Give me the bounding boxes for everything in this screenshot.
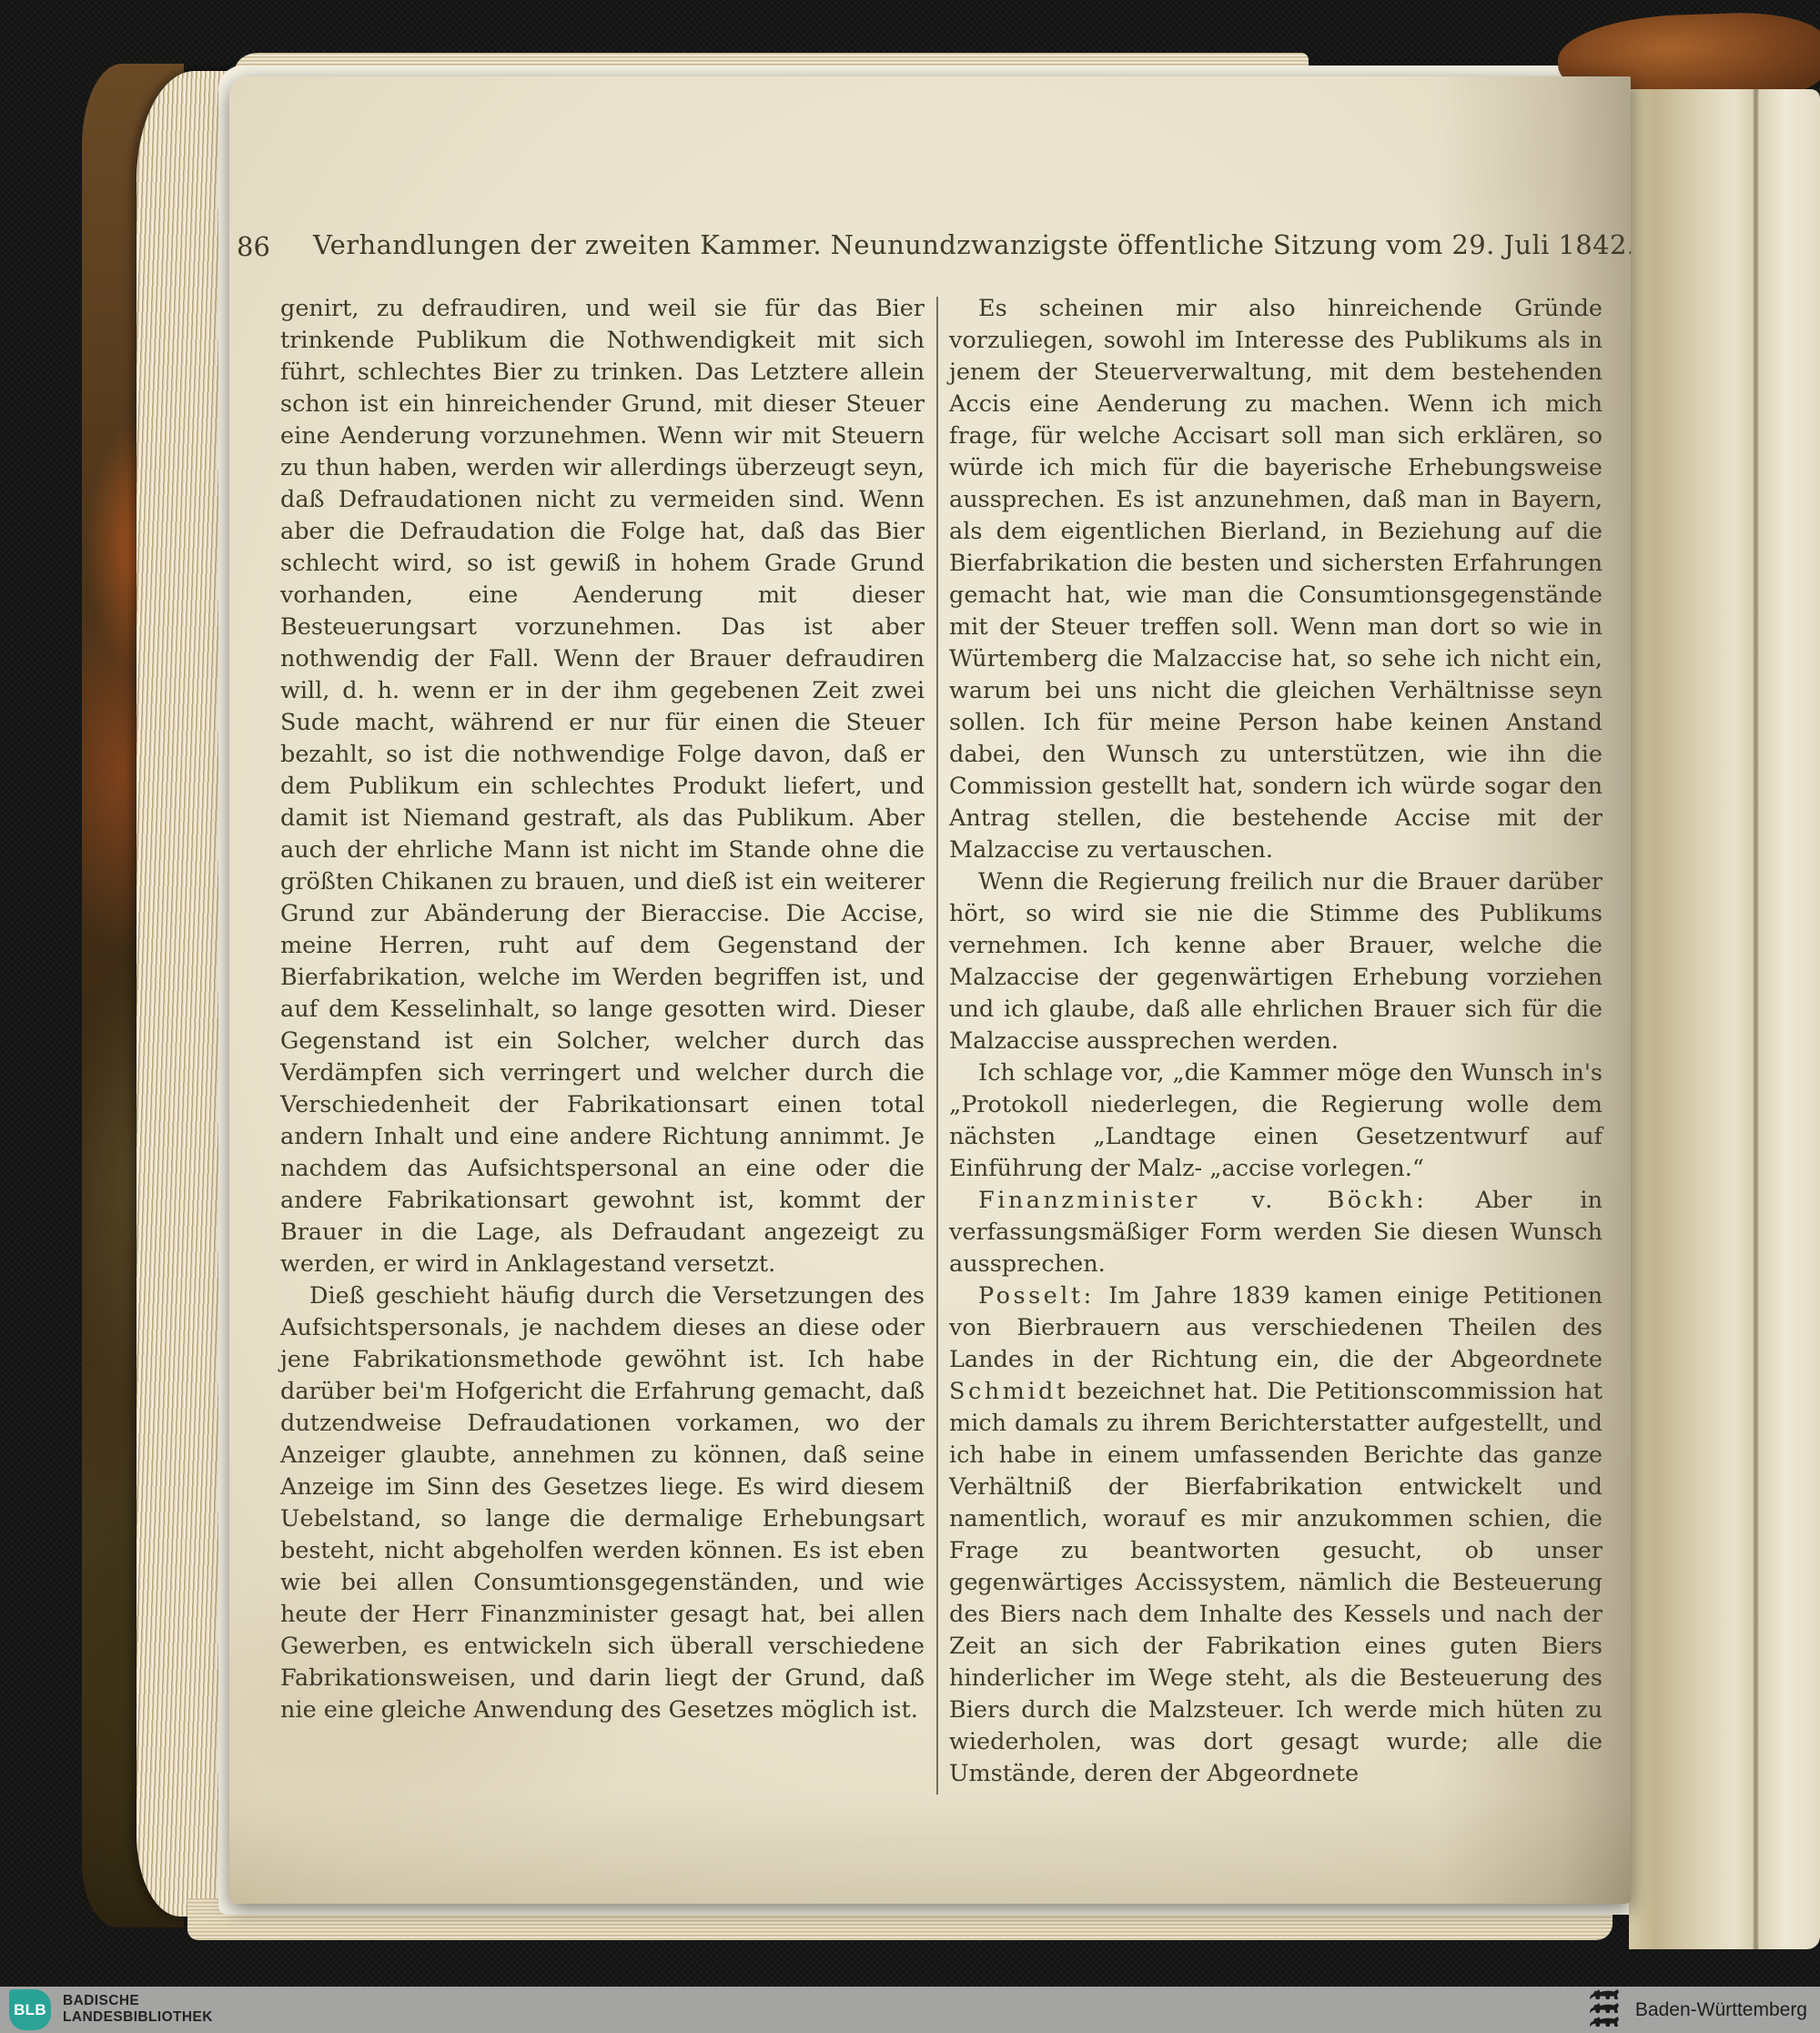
- blb-logo-text: BLB: [14, 2001, 46, 2019]
- paragraph: Wenn die Regierung freilich nur die Brau…: [949, 866, 1603, 1057]
- page-number: 86: [237, 231, 270, 262]
- paragraph: Posselt: Im Jahre 1839 kamen einige Peti…: [949, 1280, 1603, 1790]
- paragraph: Finanzminister v. Böckh: Aber in verfass…: [949, 1185, 1603, 1280]
- library-name-line1: BADISCHE: [63, 1993, 213, 2009]
- body-text: genirt, zu defraudiren, und weil sie für…: [280, 295, 925, 1278]
- paragraph: genirt, zu defraudiren, und weil sie für…: [280, 293, 925, 1280]
- paragraph: Ich schlage vor, „die Kammer möge den Wu…: [949, 1057, 1603, 1185]
- speaker-name: Posselt:: [978, 1282, 1095, 1310]
- body-text: Es scheinen mir also hinreichende Gründe…: [949, 295, 1603, 864]
- column-divider: [936, 297, 938, 1795]
- page-header: Verhandlungen der zweiten Kammer. Neunun…: [313, 229, 1496, 260]
- book-page: 86 Verhandlungen der zweiten Kammer. Neu…: [229, 76, 1631, 1904]
- body-text: Ich schlage vor, „die Kammer möge den Wu…: [949, 1059, 1603, 1182]
- library-name: BADISCHE LANDESBIBLIOTHEK: [63, 1993, 213, 2026]
- paragraph: Es scheinen mir also hinreichende Gründe…: [949, 293, 1603, 866]
- column-right: Es scheinen mir also hinreichende Gründe…: [949, 293, 1603, 1790]
- body-text: bezeichnet hat. Die Petitionscommission …: [949, 1378, 1603, 1787]
- facing-page-gutter: [1629, 89, 1820, 1949]
- three-lions-icon: [1588, 1989, 1624, 2031]
- paragraph: Dieß geschieht häufig durch die Versetzu…: [280, 1280, 925, 1726]
- library-footer-bar: BLB BADISCHE LANDESBIBLIOTHEK Baden-Würt…: [0, 1987, 1820, 2033]
- body-text: Wenn die Regierung freilich nur die Brau…: [949, 868, 1603, 1055]
- speaker-name: Schmidt: [949, 1378, 1069, 1405]
- library-name-line2: LANDESBIBLIOTHEK: [63, 2009, 213, 2026]
- body-text: Dieß geschieht häufig durch die Versetzu…: [280, 1282, 925, 1724]
- photo-background: 86 Verhandlungen der zweiten Kammer. Neu…: [0, 0, 1820, 1987]
- speaker-name: Finanzminister v. Böckh:: [978, 1187, 1427, 1214]
- state-brand-group: Baden-Württemberg: [1588, 1987, 1807, 2033]
- state-label: Baden-Württemberg: [1635, 1999, 1807, 2021]
- blb-logo: BLB: [9, 1989, 51, 2030]
- column-left: genirt, zu defraudiren, und weil sie für…: [280, 293, 925, 1726]
